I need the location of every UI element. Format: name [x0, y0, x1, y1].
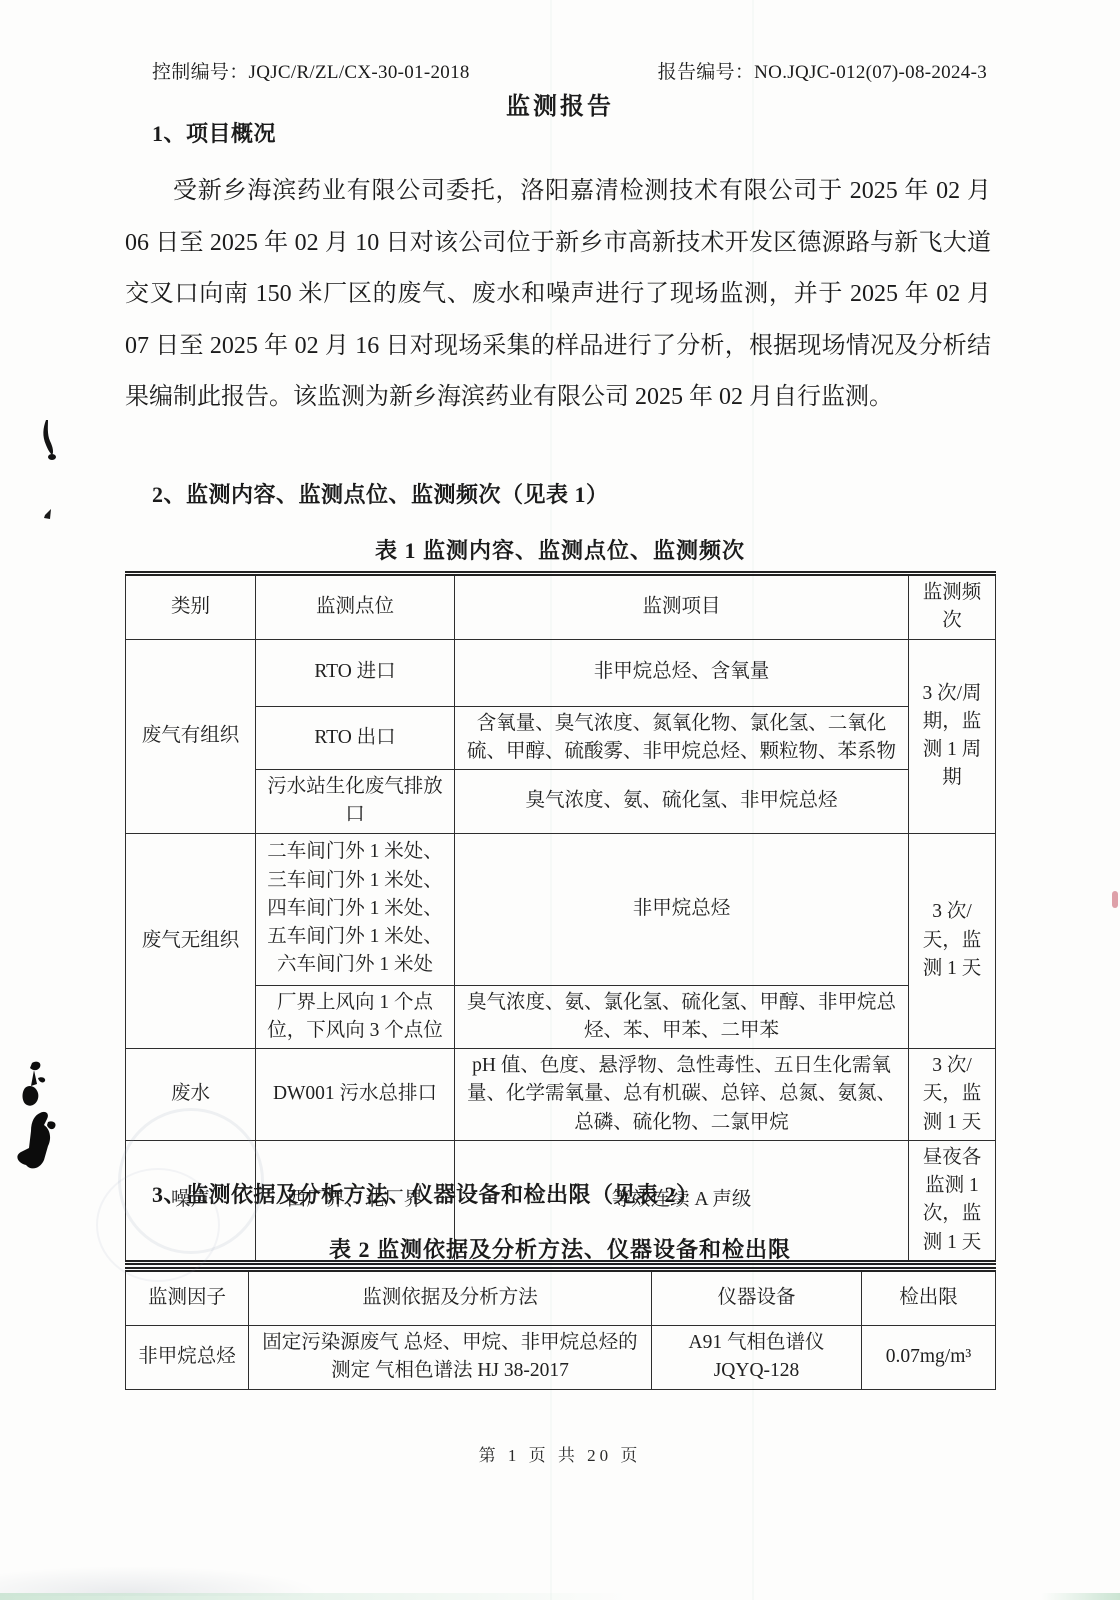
ink-dot [43, 508, 53, 521]
pink-mark [1112, 891, 1118, 908]
report-number: 报告编号：NO.JQJC-012(07)-08-2024-3 [658, 57, 987, 84]
table-2-header-row: 监测因子 监测依据及分析方法 仪器设备 检出限 [126, 1270, 996, 1326]
t1-header-category: 类别 [126, 574, 256, 640]
table-row: 废气无组织 二车间门外 1 米处、 三车间门外 1 米处、 四车间门外 1 米处… [126, 833, 996, 985]
t1-items-workshops: 非甲烷总烃 [455, 833, 909, 985]
t1-items-wastewater: pH 值、色度、悬浮物、急性毒性、五日生化需氧量、化学需氧量、总有机碳、总锌、总… [455, 1049, 909, 1141]
t1-items-sewage-station: 臭气浓度、氨、硫化氢、非甲烷总烃 [455, 770, 909, 834]
table-row: 污水站生化废气排放口 臭气浓度、氨、硫化氢、非甲烷总烃 [126, 770, 996, 834]
t1-point-rto-outlet: RTO 出口 [256, 706, 455, 770]
stamp-ghost [96, 1168, 220, 1282]
t1-category-fugitive-gas: 废气无组织 [126, 833, 256, 1049]
scan-edge-strip [0, 1593, 1120, 1600]
t1-frequency-fugitive-gas: 3 次/天，监测 1 天 [909, 833, 996, 1049]
t1-items-boundary: 臭气浓度、氨、氯化氢、硫化氢、甲醇、非甲烷总烃、苯、甲苯、二甲苯 [455, 985, 909, 1049]
table-row: 非甲烷总烃 固定污染源废气 总烃、甲烷、非甲烷总烃的测定 气相色谱法 HJ 38… [126, 1326, 996, 1390]
ink-blot-large [14, 1110, 62, 1176]
section-1-heading: 1、项目概况 [152, 117, 276, 148]
t1-point-workshops: 二车间门外 1 米处、 三车间门外 1 米处、 四车间门外 1 米处、 五车间门… [256, 833, 455, 985]
table-row: 废水 DW001 污水总排口 pH 值、色度、悬浮物、急性毒性、五日生化需氧量、… [126, 1049, 996, 1141]
t2-detection-limit-nmhc: 0.07mg/m³ [862, 1326, 996, 1390]
t1-category-organized-gas: 废气有组织 [126, 639, 256, 833]
t1-frequency-wastewater: 3 次/天，监测 1 天 [909, 1049, 996, 1141]
table-2-methods: 监测因子 监测依据及分析方法 仪器设备 检出限 非甲烷总烃 固定污染源废气 总烃… [125, 1267, 996, 1390]
ink-smudge [38, 418, 62, 462]
table-row: RTO 出口 含氧量、臭气浓度、氮氧化物、氯化氢、二氧化硫、甲醇、硫酸雾、非甲烷… [126, 706, 996, 770]
t1-point-boundary: 厂界上风向 1 个点位，下风向 3 个点位 [256, 985, 455, 1049]
t2-factor-nmhc: 非甲烷总烃 [126, 1326, 249, 1390]
page-number: 第 1 页 共 20 页 [0, 1441, 1120, 1466]
section-2-heading: 2、监测内容、监测点位、监测频次（见表 1） [152, 478, 609, 509]
t1-point-sewage-station: 污水站生化废气排放口 [256, 770, 455, 834]
table-1-caption: 表 1 监测内容、监测点位、监测频次 [0, 534, 1120, 565]
section-1-paragraph: 受新乡海滨药业有限公司委托，洛阳嘉清检测技术有限公司于 2025 年 02 月 … [125, 166, 991, 424]
t2-instrument-nmhc: A91 气相色谱仪 JQYQ-128 [652, 1326, 862, 1390]
t1-items-rto-outlet: 含氧量、臭气浓度、氮氧化物、氯化氢、二氧化硫、甲醇、硫酸雾、非甲烷总烃、颗粒物、… [455, 706, 909, 770]
t1-header-point: 监测点位 [256, 574, 455, 640]
t2-header-method: 监测依据及分析方法 [249, 1270, 652, 1326]
table-1-header-row: 类别 监测点位 监测项目 监测频次 [126, 574, 996, 640]
t1-items-rto-inlet: 非甲烷总烃、含氧量 [455, 639, 909, 706]
ink-blot [20, 1060, 50, 1114]
t1-header-items: 监测项目 [455, 574, 909, 640]
t1-point-rto-inlet: RTO 进口 [256, 639, 455, 706]
t2-method-nmhc: 固定污染源废气 总烃、甲烷、非甲烷总烃的测定 气相色谱法 HJ 38-2017 [249, 1326, 652, 1390]
t2-header-instrument: 仪器设备 [652, 1270, 862, 1326]
t1-header-frequency: 监测频次 [909, 574, 996, 640]
document-title: 监测报告 [0, 86, 1120, 121]
t1-point-wastewater: DW001 污水总排口 [256, 1049, 455, 1141]
scan-smudge [0, 1566, 320, 1596]
document-meta-row: 控制编号：JQJC/R/ZL/CX-30-01-2018 报告编号：NO.JQJ… [152, 57, 987, 84]
t1-frequency-organized-gas: 3 次/周期，监测 1 周期 [909, 639, 996, 833]
table-row: 废气有组织 RTO 进口 非甲烷总烃、含氧量 3 次/周期，监测 1 周期 [126, 639, 996, 706]
table-row: 厂界上风向 1 个点位，下风向 3 个点位 臭气浓度、氨、氯化氢、硫化氢、甲醇、… [126, 985, 996, 1049]
t2-header-detection-limit: 检出限 [862, 1270, 996, 1326]
report-page: 控制编号：JQJC/R/ZL/CX-30-01-2018 报告编号：NO.JQJ… [0, 0, 1120, 1600]
control-number: 控制编号：JQJC/R/ZL/CX-30-01-2018 [152, 57, 470, 84]
